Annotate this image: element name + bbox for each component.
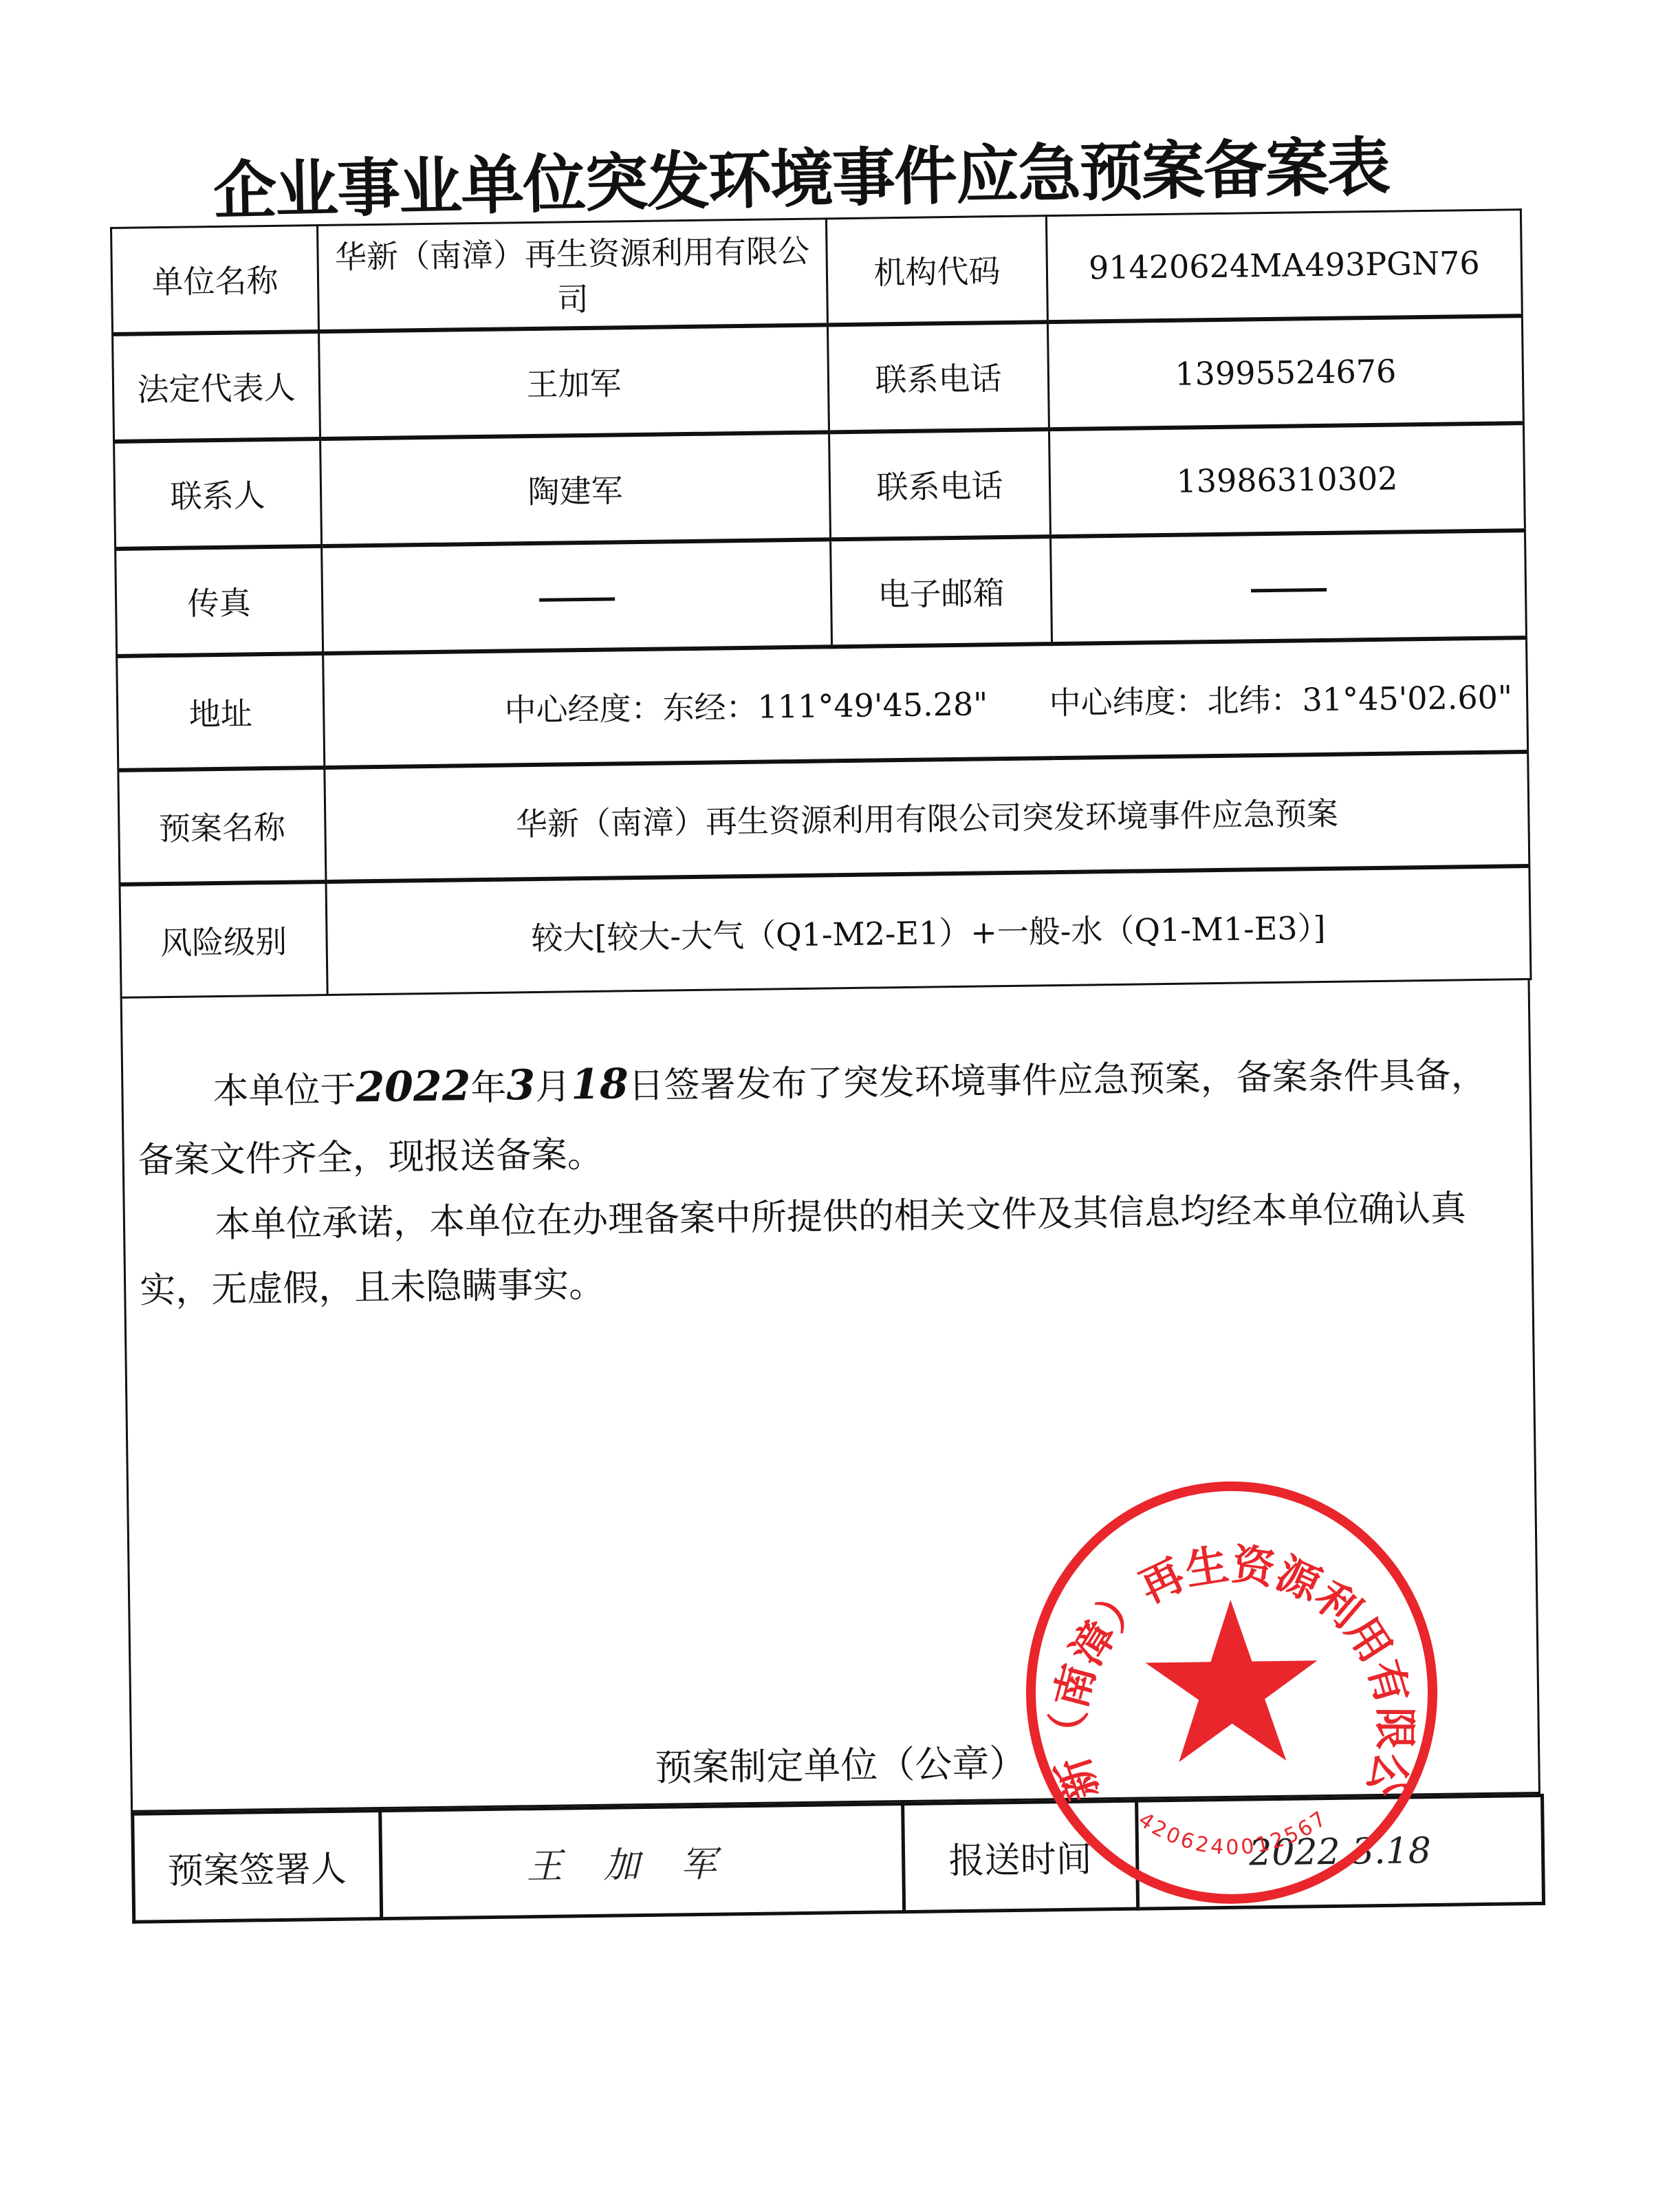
statement-paragraph-2: 本单位承诺，本单位在办理备案中所提供的相关文件及其信息均经本单位确认真实，无虚假… (138, 1175, 1518, 1323)
statement-box: 本单位于2022年3月18日签署发布了突发环境事件应急预案，备案条件具备，备案文… (120, 980, 1540, 1812)
empty-dash (1251, 587, 1327, 592)
risk-level-label: 风险级别 (120, 882, 327, 997)
risk-level-value: 较大[较大-大气（Q1-M2-E1）+一般-水（Q1-M1-E3）] (326, 866, 1531, 995)
empty-dash (539, 597, 615, 601)
email-value (1051, 530, 1527, 644)
company-seal-icon: 华新（南漳）再生资源利用有限公司 4206240012567 (1016, 1477, 1448, 1909)
statement: 本单位于2022年3月18日签署发布了突发环境事件应急预案，备案条件具备，备案文… (122, 980, 1532, 1324)
filing-form: 单位名称 华新（南漳）再生资源利用有限公司 机构代码 91420624MA493… (110, 208, 1542, 1924)
contact-value: 陶建军 (320, 432, 831, 546)
org-code-label: 机构代码 (826, 216, 1047, 325)
latitude: 中心纬度：北纬：31°45'02.60" (1049, 678, 1512, 722)
phone-label: 联系电话 (827, 322, 1049, 432)
plan-name-value: 华新（南漳）再生资源利用有限公司突发环境事件应急预案 (325, 752, 1529, 882)
contact-label: 联系人 (114, 439, 322, 549)
fax-value (322, 539, 832, 653)
org-code-value: 91420624MA493PGN76 (1046, 210, 1522, 323)
address-label: 地址 (117, 653, 325, 770)
contact-phone-label: 联系电话 (829, 429, 1050, 539)
handwritten-month: 3 (506, 1061, 536, 1110)
signer-signature: 王加军 (380, 1804, 904, 1919)
unit-name-label: 单位名称 (111, 226, 319, 334)
address-value: 中心经度：东经：111°49'45.28" 中心纬度：北纬：31°45'02.6… (323, 638, 1528, 768)
longitude: 中心经度：东经：111°49'45.28" (504, 685, 988, 728)
stamp-label: 预案制定单位（公章） (655, 1730, 1027, 1802)
fax-label: 传真 (116, 546, 323, 656)
legal-rep-value: 王加军 (319, 325, 829, 439)
statement-paragraph-1: 本单位于2022年3月18日签署发布了突发环境事件应急预案，备案条件具备，备案文… (137, 1035, 1516, 1193)
plan-name-label: 预案名称 (118, 768, 326, 885)
handwritten-day: 18 (571, 1060, 629, 1109)
email-label: 电子邮箱 (831, 536, 1052, 647)
svg-text:4206240012567: 4206240012567 (1134, 1806, 1333, 1861)
handwritten-year: 2022 (356, 1062, 471, 1112)
contact-phone-value: 13986310302 (1049, 423, 1525, 536)
phone-value: 13995524676 (1047, 316, 1523, 429)
legal-rep-label: 法定代表人 (113, 332, 320, 442)
unit-name-value: 华新（南漳）再生资源利用有限公司 (317, 219, 827, 332)
info-table: 单位名称 华新（南漳）再生资源利用有限公司 机构代码 91420624MA493… (110, 208, 1532, 999)
signer-label: 预案签署人 (133, 1811, 382, 1922)
